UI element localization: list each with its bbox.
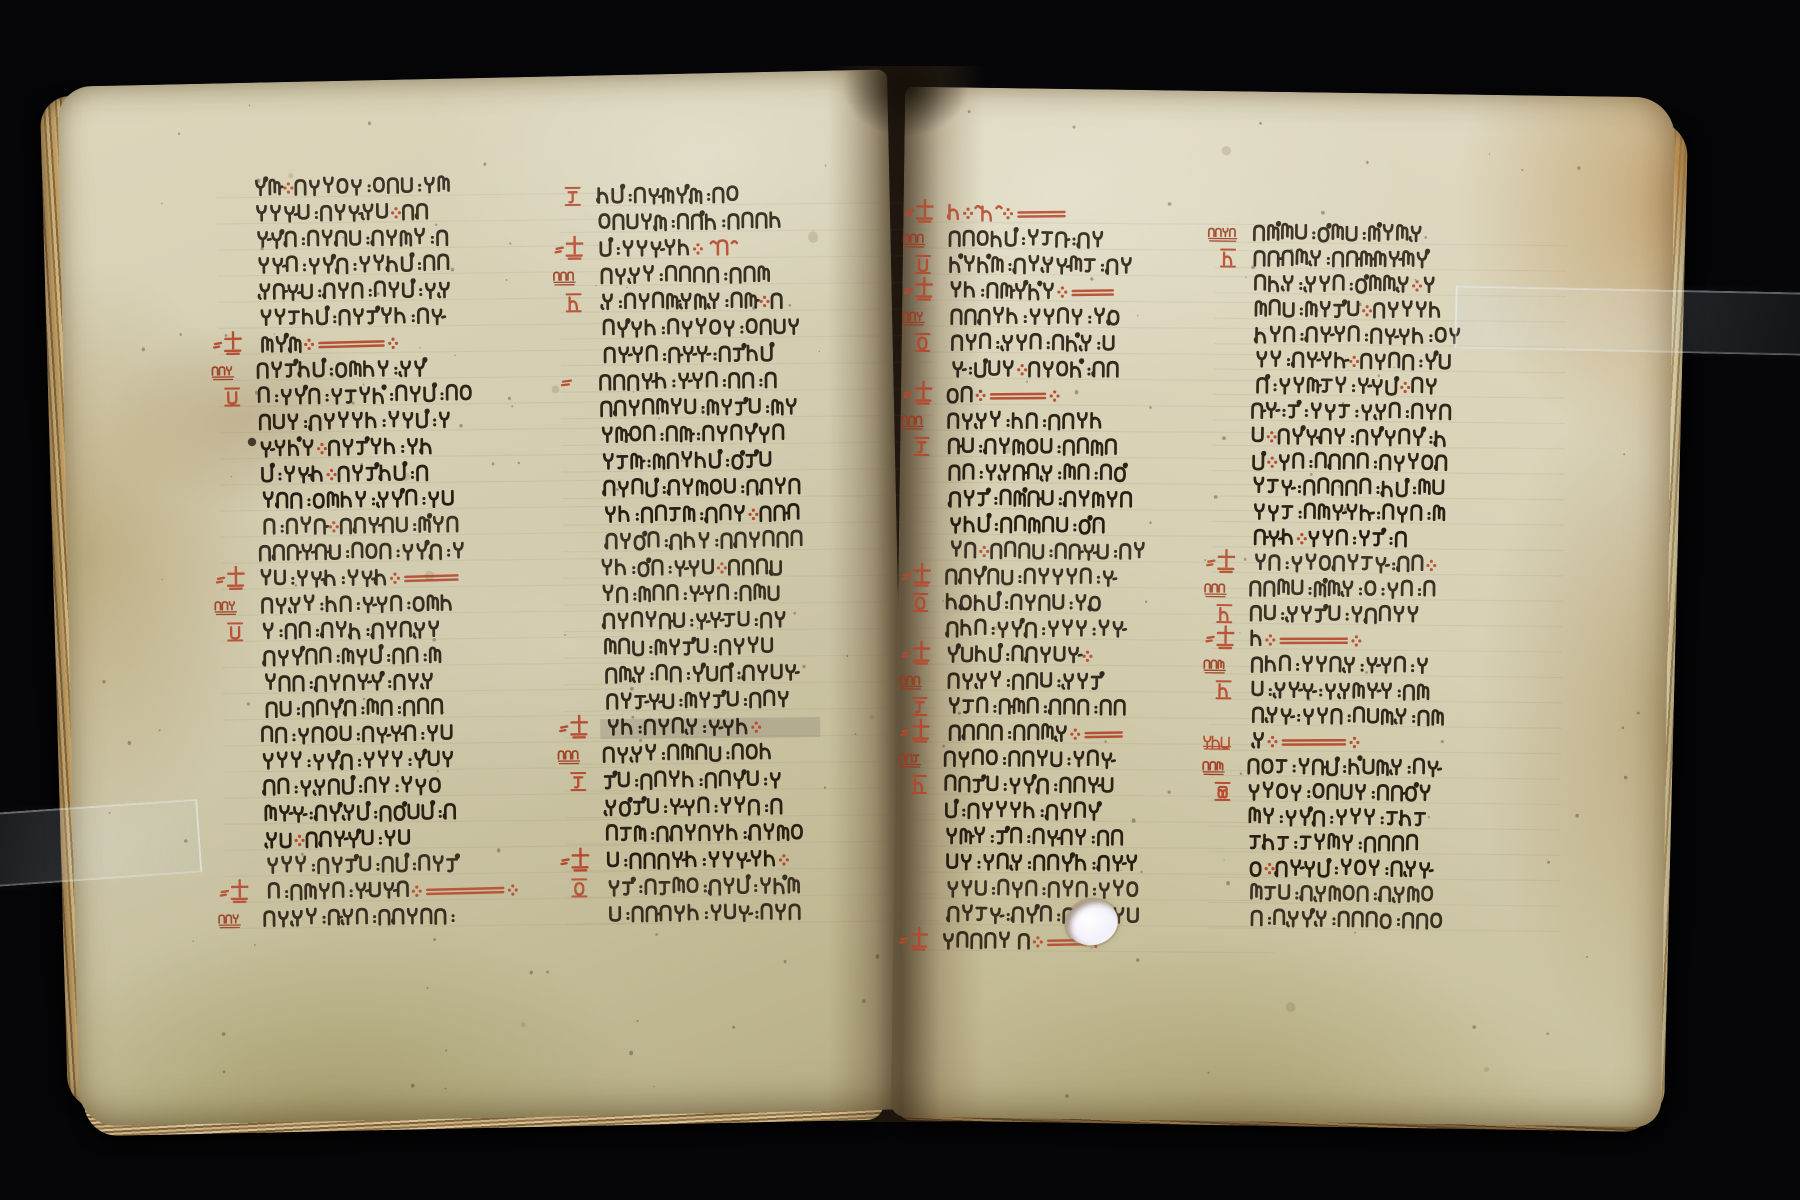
page-holder-strip-left — [0, 799, 202, 888]
photo-stage — [0, 0, 1800, 1200]
page-holder-strip-right — [1454, 285, 1800, 355]
